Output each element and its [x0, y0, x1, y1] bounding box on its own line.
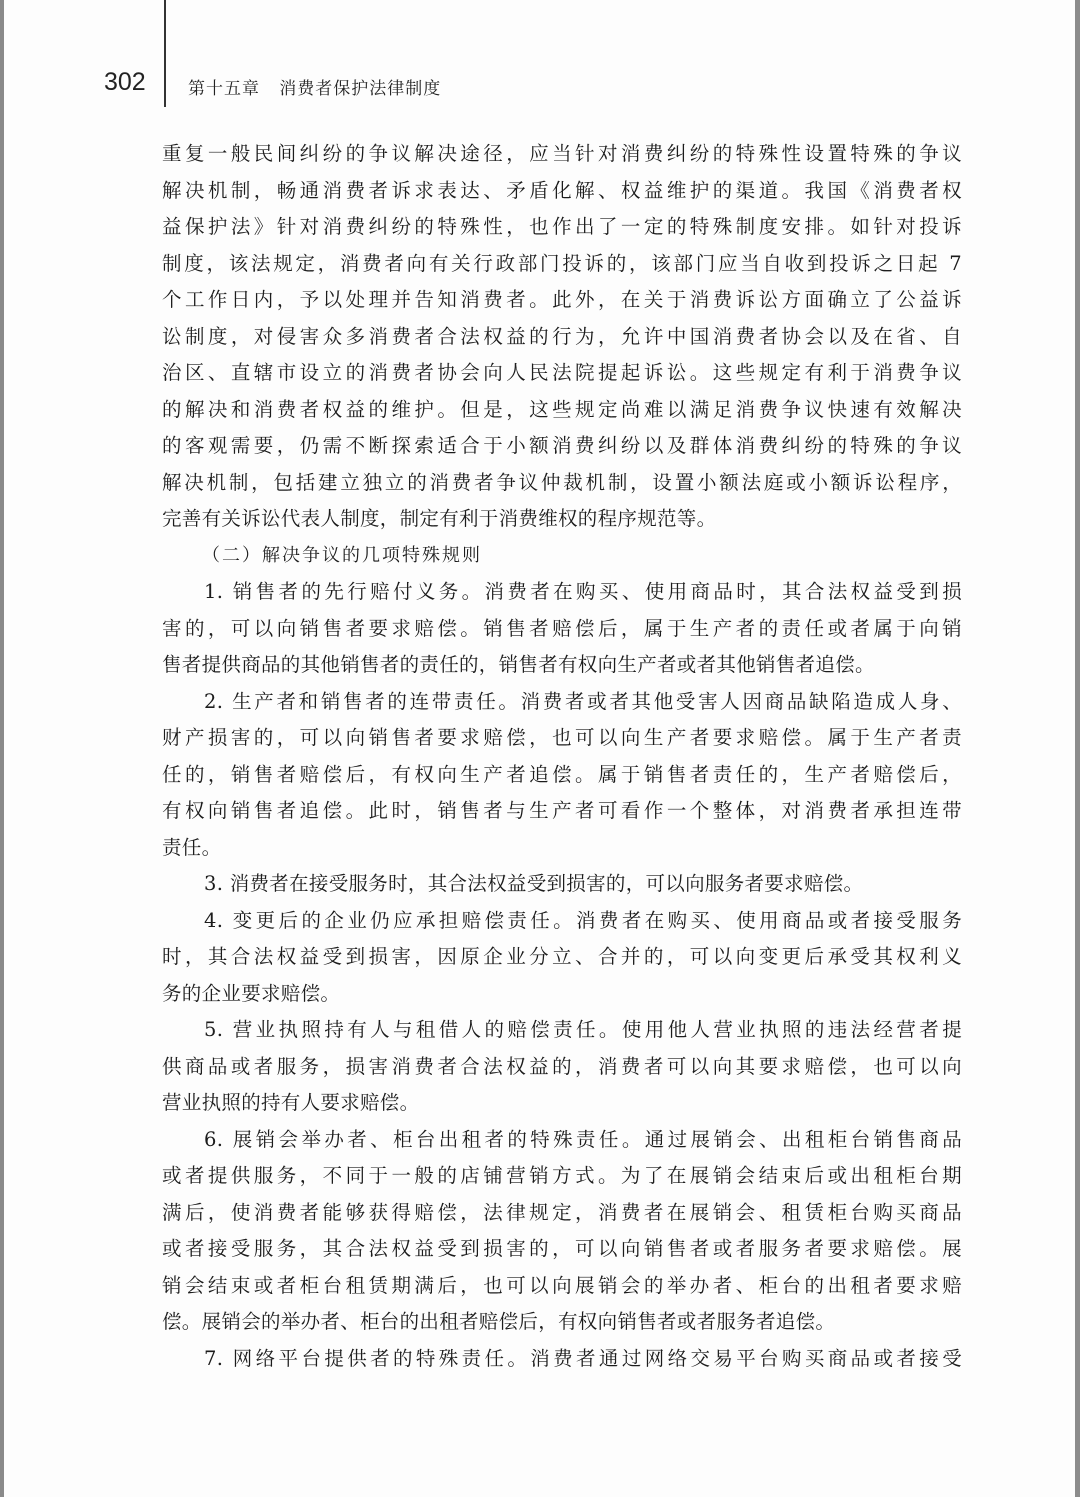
list-item-2: 2. 生产者和销售者的连带责任。消费者或者其他受害人因商品缺陷造成人身、 财产损… — [162, 684, 962, 867]
text-line: 或者提供服务，不同于一般的店铺营销方式。为了在展销会结束后或出租柜台期 — [162, 1158, 962, 1195]
chapter-title: 第十五章 消费者保护法律制度 — [188, 74, 441, 99]
list-item-6: 6. 展销会举办者、柜台出租者的特殊责任。通过展销会、出租柜台销售商品 或者提供… — [162, 1122, 962, 1341]
text-line: 务的企业要求赔偿。 — [162, 976, 962, 1013]
list-item-4: 4. 变更后的企业仍应承担赔偿责任。消费者在购买、使用商品或者接受服务 时，其合… — [162, 903, 962, 1013]
text-line: 重复一般民间纠纷的争议解决途径，应当针对消费纠纷的特殊性设置特殊的争议 — [162, 136, 962, 173]
text-line: 4. 变更后的企业仍应承担赔偿责任。消费者在购买、使用商品或者接受服务 — [162, 903, 962, 940]
list-item-3: 3. 消费者在接受服务时，其合法权益受到损害的，可以向服务者要求赔偿。 — [162, 866, 962, 903]
section-heading: （二）解决争议的几项特殊规则 — [162, 538, 962, 575]
text-line: 时，其合法权益受到损害，因原企业分立、合并的，可以向变更后承受其权利义 — [162, 939, 962, 976]
text-line: 1. 销售者的先行赔付义务。消费者在购买、使用商品时，其合法权益受到损 — [162, 574, 962, 611]
page-number: 302 — [104, 68, 146, 97]
body-text: 重复一般民间纠纷的争议解决途径，应当针对消费纠纷的特殊性设置特殊的争议 解决机制… — [162, 136, 962, 1377]
text-line: 有权向销售者追偿。此时，销售者与生产者可看作一个整体，对消费者承担连带 — [162, 793, 962, 830]
text-line: 2. 生产者和销售者的连带责任。消费者或者其他受害人因商品缺陷造成人身、 — [162, 684, 962, 721]
text-line: 益保护法》针对消费纠纷的特殊性，也作出了一定的特殊制度安排。如针对投诉 — [162, 209, 962, 246]
scan-edge-left — [0, 0, 4, 1497]
text-line: 满后，使消费者能够获得赔偿，法律规定，消费者在展销会、租赁柜台购买商品 — [162, 1195, 962, 1232]
text-line: 售者提供商品的其他销售者的责任的，销售者有权向生产者或者其他销售者追偿。 — [162, 647, 962, 684]
text-line: 5. 营业执照持有人与租借人的赔偿责任。使用他人营业执照的违法经营者提 — [162, 1012, 962, 1049]
text-line: 的客观需要，仍需不断探索适合于小额消费纠纷以及群体消费纠纷的特殊的争议 — [162, 428, 962, 465]
text-line: 任的，销售者赔偿后，有权向生产者追偿。属于销售者责任的，生产者赔偿后， — [162, 757, 962, 794]
text-line: 责任。 — [162, 830, 962, 867]
text-line: 营业执照的持有人要求赔偿。 — [162, 1085, 962, 1122]
scan-edge-right — [1075, 0, 1080, 1497]
text-line: 制度，该法规定，消费者向有关行政部门投诉的，该部门应当自收到投诉之日起 7 — [162, 246, 962, 283]
text-line: 或者接受服务，其合法权益受到损害的，可以向销售者或者服务者要求赔偿。展 — [162, 1231, 962, 1268]
list-item-5: 5. 营业执照持有人与租借人的赔偿责任。使用他人营业执照的违法经营者提 供商品或… — [162, 1012, 962, 1122]
text-line: 6. 展销会举办者、柜台出租者的特殊责任。通过展销会、出租柜台销售商品 — [162, 1122, 962, 1159]
text-line: 供商品或者服务，损害消费者合法权益的，消费者可以向其要求赔偿，也可以向 — [162, 1049, 962, 1086]
text-line: 3. 消费者在接受服务时，其合法权益受到损害的，可以向服务者要求赔偿。 — [162, 866, 962, 903]
text-line: 7. 网络平台提供者的特殊责任。消费者通过网络交易平台购买商品或者接受 — [162, 1341, 962, 1378]
text-line: 偿。展销会的举办者、柜台的出租者赔偿后，有权向销售者或者服务者追偿。 — [162, 1304, 962, 1341]
paragraph-continuation: 重复一般民间纠纷的争议解决途径，应当针对消费纠纷的特殊性设置特殊的争议 解决机制… — [162, 136, 962, 538]
list-item-7: 7. 网络平台提供者的特殊责任。消费者通过网络交易平台购买商品或者接受 — [162, 1341, 962, 1378]
text-line: 个工作日内，予以处理并告知消费者。此外，在关于消费诉讼方面确立了公益诉 — [162, 282, 962, 319]
text-line: 讼制度，对侵害众多消费者合法权益的行为，允许中国消费者协会以及在省、自 — [162, 319, 962, 356]
header-divider — [164, 0, 166, 107]
text-line: 害的，可以向销售者要求赔偿。销售者赔偿后，属于生产者的责任或者属于向销 — [162, 611, 962, 648]
text-line: 完善有关诉讼代表人制度，制定有利于消费维权的程序规范等。 — [162, 501, 962, 538]
text-line: 治区、直辖市设立的消费者协会向人民法院提起诉讼。这些规定有利于消费争议 — [162, 355, 962, 392]
text-line: 的解决和消费者权益的维护。但是，这些规定尚难以满足消费争议快速有效解决 — [162, 392, 962, 429]
list-item-1: 1. 销售者的先行赔付义务。消费者在购买、使用商品时，其合法权益受到损 害的，可… — [162, 574, 962, 684]
text-line: 销会结束或者柜台租赁期满后，也可以向展销会的举办者、柜台的出租者要求赔 — [162, 1268, 962, 1305]
text-line: 解决机制，包括建立独立的消费者争议仲裁机制，设置小额法庭或小额诉讼程序， — [162, 465, 962, 502]
text-line: 财产损害的，可以向销售者要求赔偿，也可以向生产者要求赔偿。属于生产者责 — [162, 720, 962, 757]
text-line: 解决机制，畅通消费者诉求表达、矛盾化解、权益维护的渠道。我国《消费者权 — [162, 173, 962, 210]
